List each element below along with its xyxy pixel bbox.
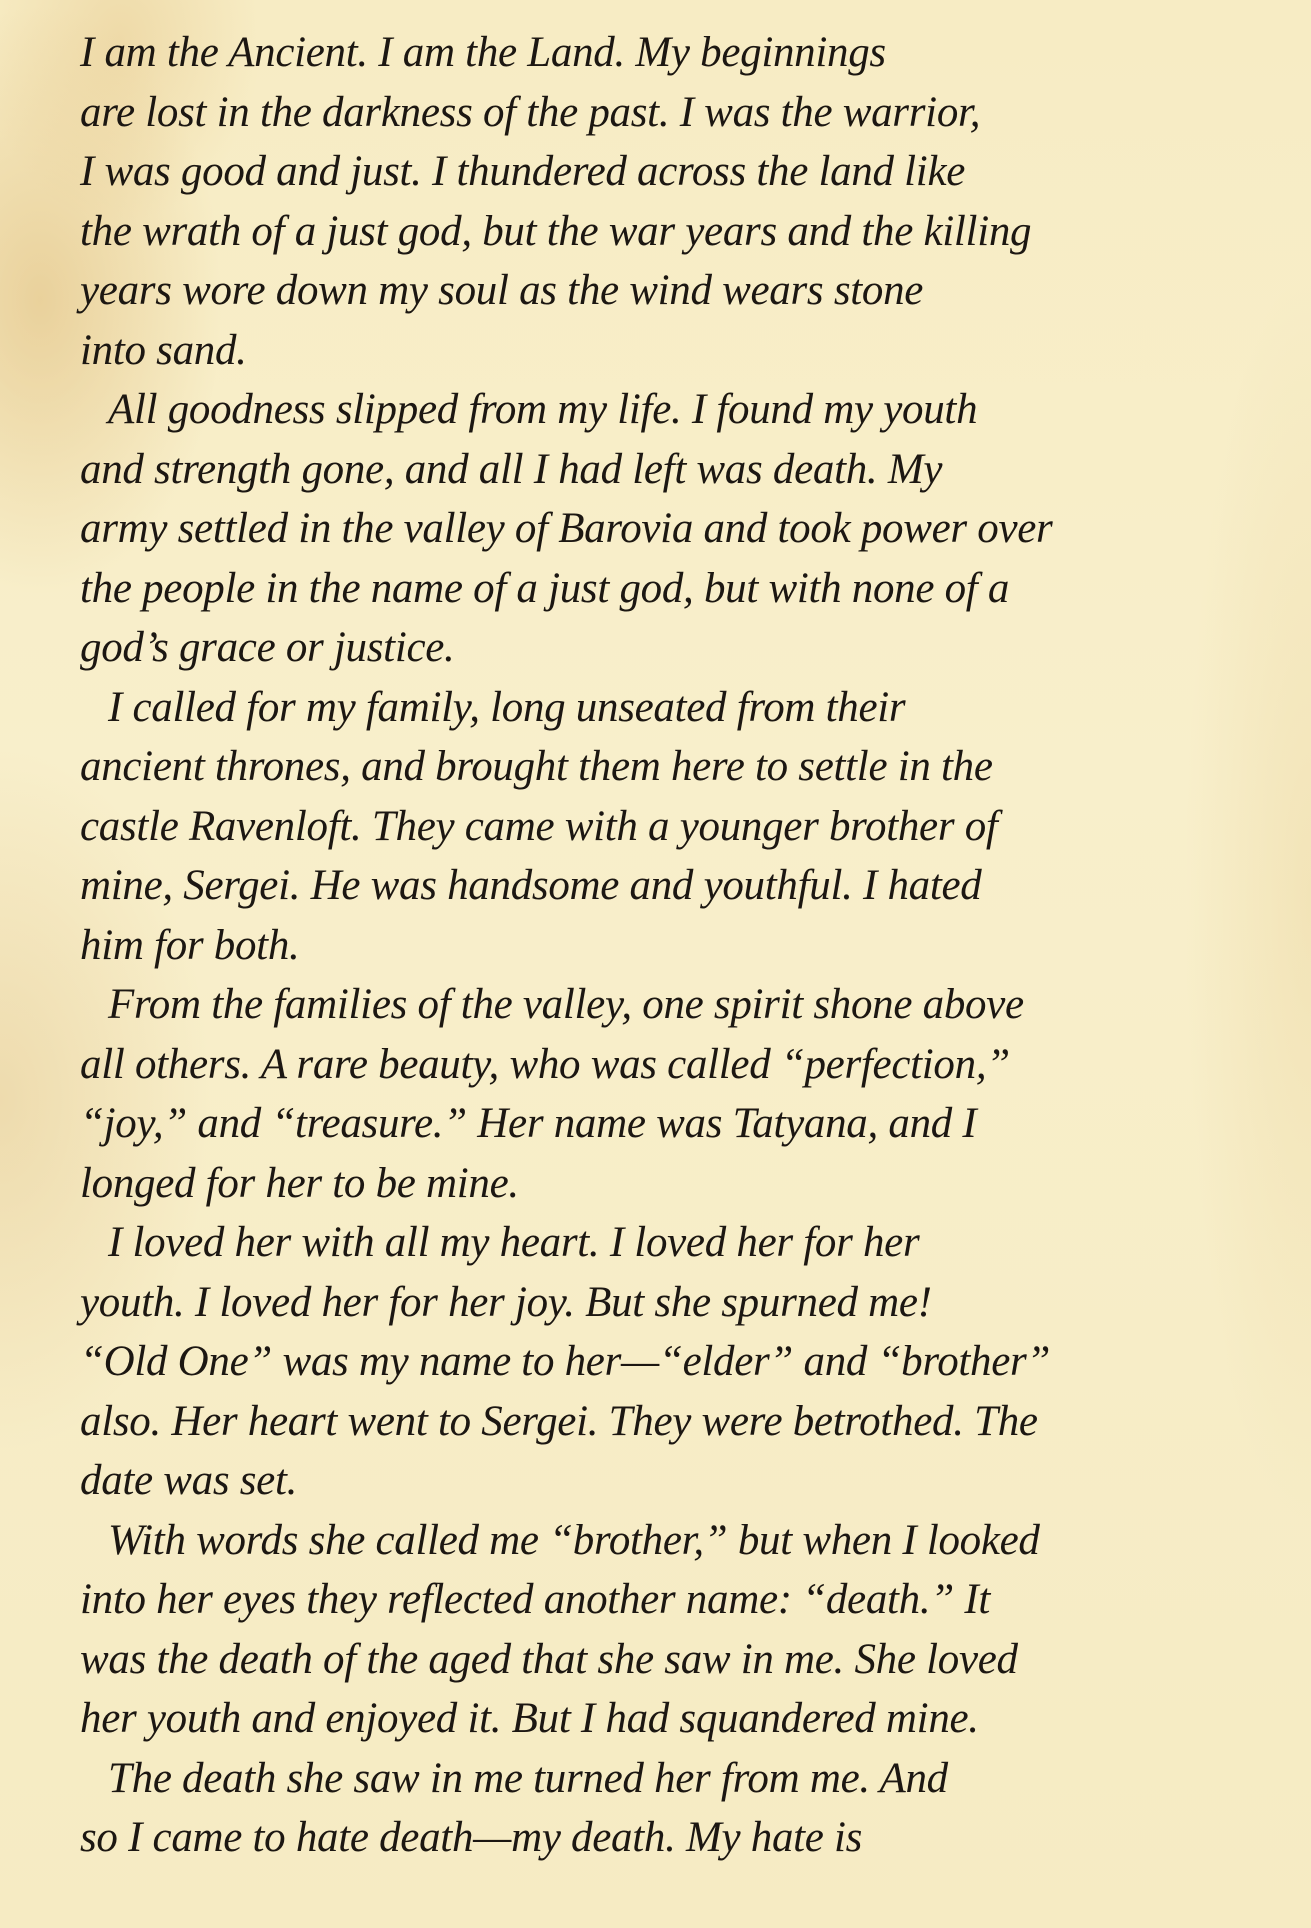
letter-line: “Old One” was my name to her—“elder” and… — [80, 1337, 1050, 1387]
letter-line: him for both. — [80, 921, 299, 971]
letter-line: are lost in the darkness of the past. I … — [80, 88, 980, 138]
letter-line: god’s grace or justice. — [80, 623, 455, 673]
handwritten-letter-page: I am the Ancient. I am the Land. My begi… — [0, 0, 1311, 1928]
letter-line: I was good and just. I thundered across … — [80, 147, 965, 197]
letter-line: all others. A rare beauty, who was calle… — [80, 1040, 1010, 1090]
letter-line: was the death of the aged that she saw i… — [80, 1635, 1018, 1685]
letter-line: longed for her to be mine. — [80, 1159, 519, 1209]
letter-line: date was set. — [80, 1456, 297, 1506]
letter-line: I called for my family, long unseated fr… — [108, 683, 905, 733]
letter-line: so I came to hate death—my death. My hat… — [80, 1813, 862, 1863]
letter-line: her youth and enjoyed it. But I had squa… — [80, 1694, 979, 1744]
letter-line: the people in the name of a just god, bu… — [80, 564, 1009, 614]
letter-line: castle Ravenloft. They came with a young… — [80, 802, 998, 852]
letter-line: youth. I loved her for her joy. But she … — [80, 1278, 932, 1328]
letter-line: years wore down my soul as the wind wear… — [80, 266, 923, 316]
letter-line: “joy,” and “treasure.” Her name was Taty… — [80, 1099, 976, 1149]
letter-line: ancient thrones, and brought them here t… — [80, 742, 993, 792]
letter-line: From the families of the valley, one spi… — [108, 980, 1024, 1030]
letter-line: The death she saw in me turned her from … — [108, 1754, 948, 1804]
letter-line: I am the Ancient. I am the Land. My begi… — [80, 28, 886, 78]
letter-line: I loved her with all my heart. I loved h… — [108, 1218, 919, 1268]
letter-line: All goodness slipped from my life. I fou… — [108, 385, 977, 435]
letter-line: also. Her heart went to Sergei. They wer… — [80, 1397, 1038, 1447]
letter-line: With words she called me “brother,” but … — [108, 1516, 1040, 1566]
letter-line: into her eyes they reflected another nam… — [80, 1575, 990, 1625]
letter-line: the wrath of a just god, but the war yea… — [80, 207, 1031, 257]
letter-line: army settled in the valley of Barovia an… — [80, 504, 1052, 554]
letter-line: mine, Sergei. He was handsome and youthf… — [80, 861, 982, 911]
letter-line: into sand. — [80, 326, 247, 376]
letter-line: and strength gone, and all I had left wa… — [80, 445, 942, 495]
